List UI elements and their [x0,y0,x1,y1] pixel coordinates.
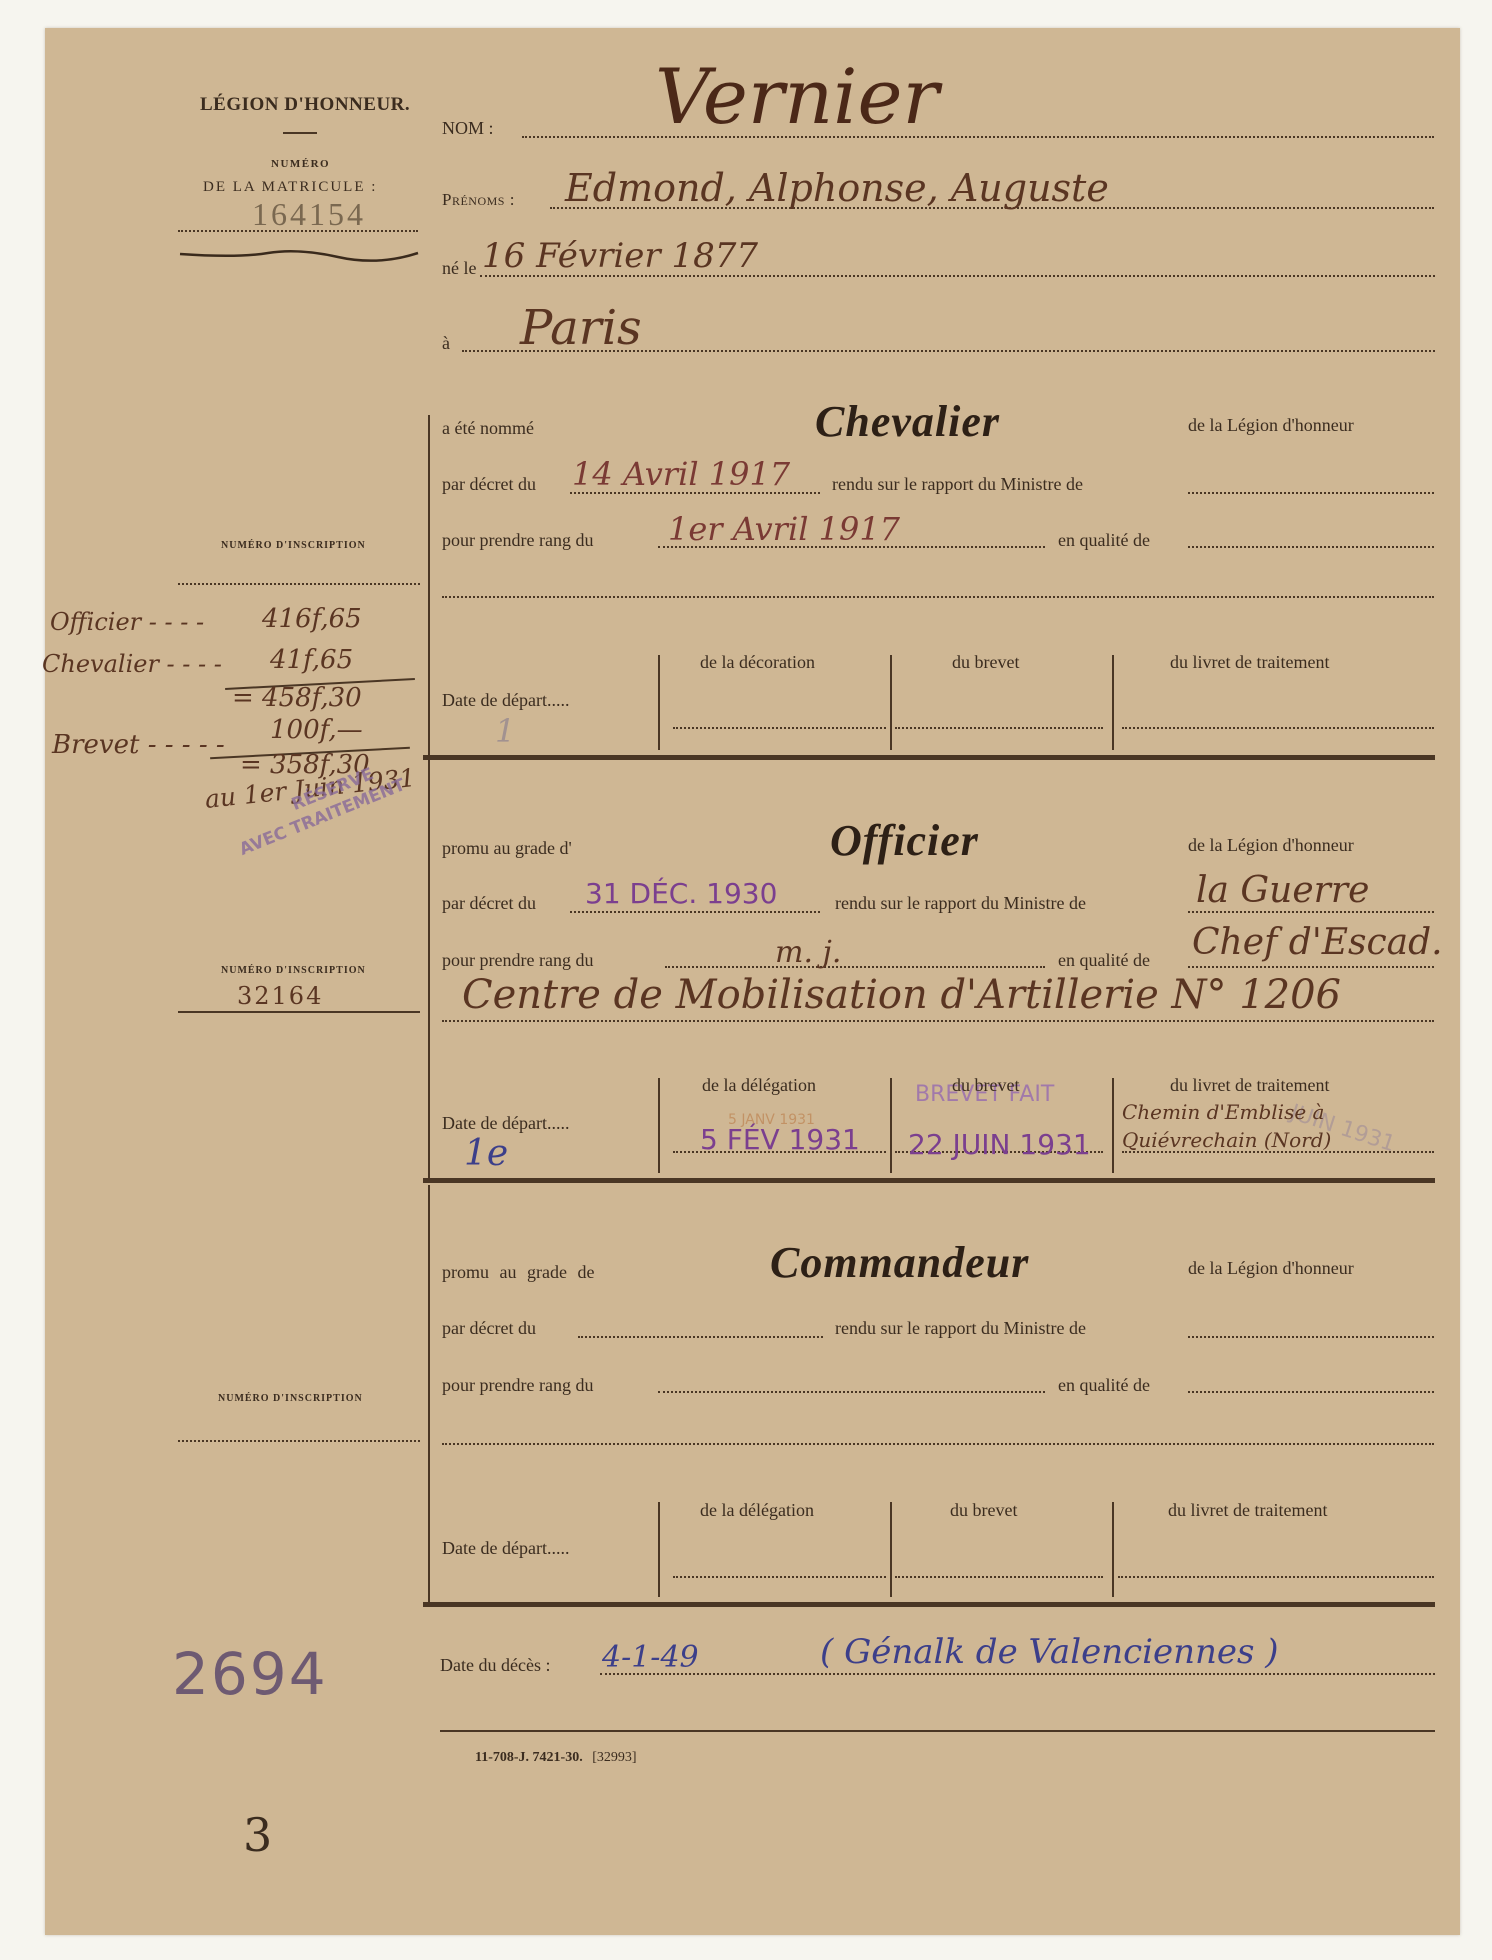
chevalier-intro: a été nommé [442,418,534,439]
page-number: 3 [243,1808,272,1862]
chevalier-grade-title: Chevalier [815,396,1000,447]
chevalier-col2-label: du brevet [952,652,1019,673]
officier-rang-value: m. j. [775,935,841,970]
commandeur-rang-label: pour prendre rang du [442,1375,593,1396]
inscription-line-2 [178,1011,420,1013]
ne-le-value: 16 Février 1877 [482,236,758,276]
dossier-number-stamp: 2694 [172,1640,328,1708]
chevalier-col2-line [895,727,1103,729]
officier-qualite-line [1188,966,1434,968]
calc-subtotal: = 458f,30 [232,683,362,713]
section-brace-2 [428,760,430,1180]
prenoms-value: Edmond, Alphonse, Auguste [565,166,1109,210]
calc-value-officier: 416f,65 [262,604,362,634]
lieu-value: Paris [520,300,642,356]
section-brace-1 [428,415,430,755]
calc-label-officier: Officier - - - - [50,608,204,636]
chevalier-col3-line [1122,727,1434,729]
section-brace-3 [428,1185,430,1605]
commandeur-decret-line [578,1336,823,1338]
inscription-value-2: 32164 [237,982,323,1010]
footer-print-code: 11-708-J. 7421-30. [32993] [475,1750,637,1766]
chevalier-col1-line [673,727,886,729]
chevalier-col3-label: du livret de traitement [1170,652,1329,673]
commandeur-col1-line [673,1576,886,1578]
chevalier-section-rule [423,755,1435,760]
officier-decret-stamp: 31 DÉC. 1930 [585,877,777,910]
officier-rang-line [665,966,1045,968]
inscription-line-3 [178,1440,420,1442]
officier-depart-label: Date de départ..... [442,1113,569,1134]
officier-qualite-label: en qualité de [1058,950,1150,971]
officier-depart-mark: 1e [464,1133,508,1174]
officier-section-rule [423,1178,1435,1183]
death-bottom-rule [440,1730,1435,1732]
death-line [600,1673,1435,1675]
legion-title: LÉGION D'HONNEUR. [200,94,410,116]
chevalier-rang-value: 1er Avril 1917 [668,510,900,548]
chevalier-decret-value: 14 Avril 1917 [572,455,790,493]
commandeur-col-divider-2 [1112,1502,1114,1597]
officier-col-divider-1 [890,1078,892,1173]
commandeur-col1-label: de la délégation [700,1500,814,1521]
inscription-label-2: NUMÉRO D'INSCRIPTION [221,965,366,976]
chevalier-qualite-label: en qualité de [1058,530,1150,551]
chevalier-decret-label: par décret du [442,474,536,495]
chevalier-col-divider-2 [1112,655,1114,750]
officier-col1-label: de la délégation [702,1075,816,1096]
ne-le-label: né le [442,258,476,279]
officier-col3-line [1122,1151,1434,1153]
officier-decret-label: par décret du [442,893,536,914]
commandeur-depart-brace [658,1502,660,1597]
commandeur-col3-line [1118,1576,1434,1578]
calc-label-brevet: Brevet - - - - - [52,730,225,760]
inscription-label-1: NUMÉRO D'INSCRIPTION [221,540,366,551]
matricule-label-2: DE LA MATRICULE : [203,179,377,196]
commandeur-depart-label: Date de départ..... [442,1538,569,1559]
officier-col1-value: 5 FÉV 1931 [700,1123,860,1156]
officier-extra-line [442,1020,1434,1022]
chevalier-extra-line [442,596,1434,598]
commandeur-rapport-label: rendu sur le rapport du Ministre de [835,1318,1086,1339]
calc-value-brevet: 100f,— [270,715,363,745]
chevalier-rang-label: pour prendre rang du [442,530,593,551]
commandeur-decret-label: par décret du [442,1318,536,1339]
matricule-value: 164154 [252,196,366,233]
death-note: ( Génalk de Valenciennes ) [820,1632,1279,1672]
chevalier-col-divider-1 [890,655,892,750]
officier-rapport-label: rendu sur le rapport du Ministre de [835,893,1086,914]
commandeur-col2-label: du brevet [950,1500,1017,1521]
chevalier-rapport-label: rendu sur le rapport du Ministre de [832,474,1083,495]
commandeur-section-rule [423,1602,1435,1607]
commandeur-qualite-label: en qualité de [1058,1375,1150,1396]
officier-extra-value: Centre de Mobilisation d'Artillerie N° 1… [462,972,1341,1018]
officier-col2-value: 22 JUIN 1931 [908,1128,1091,1161]
prenoms-label: Prénoms : [442,190,515,210]
commandeur-col-divider-1 [890,1502,892,1597]
nom-value: Vernier [655,52,939,141]
commandeur-grade-title: Commandeur [770,1237,1029,1288]
matricule-label-1: NUMÉRO [271,158,330,170]
lieu-label: à [442,333,450,354]
nom-label: NOM : [442,118,494,139]
officier-decret-line [570,911,820,913]
inscription-line-1 [178,583,420,585]
chevalier-suffix: de la Légion d'honneur [1188,415,1354,436]
officier-rang-label: pour prendre rang du [442,950,593,971]
officier-grade-title: Officier [830,815,979,866]
footer-code: 11-708-J. 7421-30. [475,1750,583,1765]
matricule-line [178,230,418,232]
death-date-value: 4-1-49 [602,1640,699,1675]
chevalier-rapport-line [1188,492,1434,494]
commandeur-suffix: de la Légion d'honneur [1188,1258,1354,1279]
commandeur-col2-line [895,1576,1103,1578]
commandeur-rapport-line [1188,1336,1434,1338]
commandeur-qualite-line [1188,1391,1434,1393]
chevalier-col1-label: de la décoration [700,652,815,673]
inscription-label-3: NUMÉRO D'INSCRIPTION [218,1393,363,1404]
officier-col2-label: du brevet [952,1075,1019,1096]
chevalier-depart-mark: 1 [495,712,515,750]
title-underline [283,132,317,134]
officier-depart-brace [658,1078,660,1173]
officier-col3-value-1: Chemin d'Emblise à [1122,1100,1324,1124]
officier-rapport-value: la Guerre [1196,870,1369,911]
death-label: Date du décès : [440,1655,550,1676]
commandeur-col3-label: du livret de traitement [1168,1500,1327,1521]
ornamental-flourish [178,248,420,262]
commandeur-extra-line [442,1443,1434,1445]
chevalier-qualite-line [1188,546,1434,548]
officier-intro: promu au grade d' [442,838,572,859]
officier-suffix: de la Légion d'honneur [1188,835,1354,856]
officier-rapport-line [1188,911,1434,913]
commandeur-rang-line [658,1391,1045,1393]
commandeur-intro: promu au grade de [442,1262,594,1283]
officier-qualite-value: Chef d'Escad. [1192,922,1443,963]
officier-col3-value-2: Quiévrechain (Nord) [1122,1128,1331,1152]
officier-col3-label: du livret de traitement [1170,1075,1329,1096]
chevalier-depart-brace [658,655,660,750]
chevalier-depart-label: Date de départ..... [442,690,569,711]
footer-bracket-code: [32993] [592,1750,636,1765]
officier-col-divider-2 [1112,1078,1114,1173]
calc-value-chevalier: 41f,65 [270,645,353,675]
calc-label-chevalier: Chevalier - - - - [42,650,222,678]
